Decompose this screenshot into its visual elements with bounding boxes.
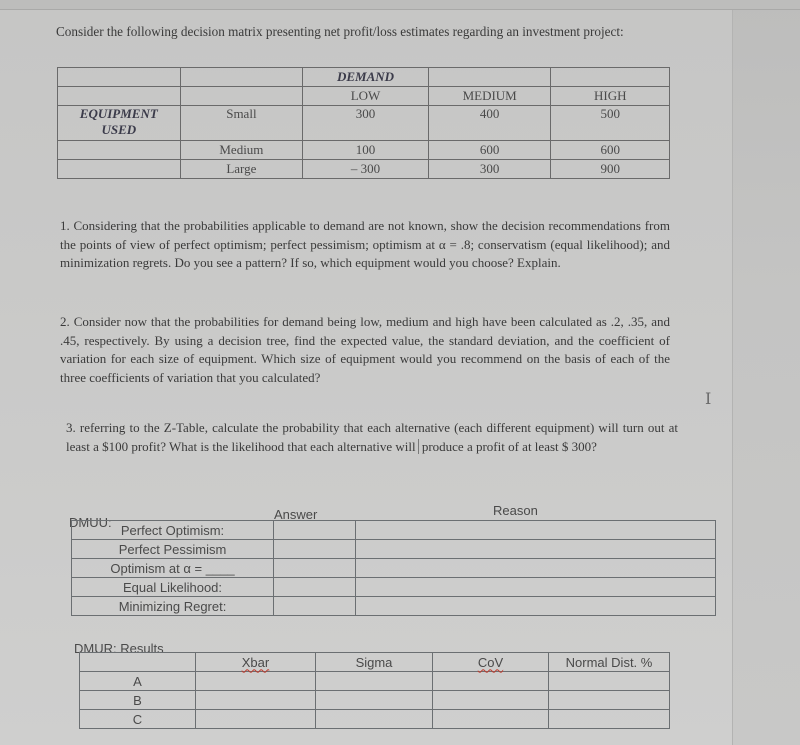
cell-medium-low: 100 [303, 141, 429, 160]
row-label-large: Large [180, 160, 303, 179]
dmuu-answer-cell[interactable] [274, 597, 356, 616]
cell-small-medium: 400 [428, 106, 551, 141]
dmur-header-row: Xbar Sigma CoV Normal Dist. % [80, 653, 670, 672]
cell-large-high: 900 [551, 160, 670, 179]
cell-large-medium: 300 [428, 160, 551, 179]
dmuu-row: Perfect Pessimism [72, 540, 716, 559]
dmuu-row: Equal Likelihood: [72, 578, 716, 597]
col-low: LOW [303, 87, 429, 106]
equipment-used-header: EQUIPMENT USED [58, 106, 181, 141]
dmuu-label-perfect-pessimism: Perfect Pessimism [72, 540, 274, 559]
dmuu-reason-cell[interactable] [356, 559, 716, 578]
row-label-small: Small [180, 106, 303, 141]
question-3-text: 3. referring to the Z-Table, calculate t… [66, 420, 678, 454]
dmuu-label-optimism-alpha: Optimism at α = ____ [72, 559, 274, 578]
dmuu-row: Minimizing Regret: [72, 597, 716, 616]
dmur-normal-cell[interactable] [549, 710, 670, 729]
dmur-xbar-cell[interactable] [196, 672, 316, 691]
dmur-row: B [80, 691, 670, 710]
text-cursor-ibeam-icon: I [705, 389, 711, 408]
dmuu-answer-cell[interactable] [274, 521, 356, 540]
dmuu-reason-cell[interactable] [356, 578, 716, 597]
cell-large-low: – 300 [303, 160, 429, 179]
question-3: 3. referring to the Z-Table, calculate t… [66, 419, 678, 456]
dmur-label-a: A [80, 672, 196, 691]
dmur-cov-cell[interactable] [433, 691, 549, 710]
dmur-header-cov: CoV [433, 653, 549, 672]
dmur-normal-cell[interactable] [549, 691, 670, 710]
dmur-row: C [80, 710, 670, 729]
dmur-cov-cell[interactable] [433, 672, 549, 691]
dmur-header-xbar: Xbar [196, 653, 316, 672]
equipment-header-line1: EQUIPMENT [80, 106, 158, 121]
reason-header: Reason [493, 503, 538, 518]
equipment-header-line2: USED [101, 122, 136, 137]
col-high: HIGH [551, 87, 670, 106]
dmur-header-sigma: Sigma [316, 653, 433, 672]
document-page[interactable]: Consider the following decision matrix p… [0, 10, 733, 745]
question-1: 1. Considering that the probabilities ap… [60, 217, 670, 273]
dmur-sigma-cell[interactable] [316, 691, 433, 710]
dmur-sigma-cell[interactable] [316, 672, 433, 691]
dmuu-label-equal-likelihood: Equal Likelihood: [72, 578, 274, 597]
xbar-label: Xbar [242, 655, 269, 670]
dmur-results-table: Xbar Sigma CoV Normal Dist. % A B C [79, 652, 670, 729]
decision-matrix: DEMAND LOW MEDIUM HIGH EQUIPMENT USED Sm… [57, 67, 670, 179]
col-medium: MEDIUM [428, 87, 551, 106]
dmuu-answer-cell[interactable] [274, 578, 356, 597]
dmuu-reason-cell[interactable] [356, 540, 716, 559]
dmur-row: A [80, 672, 670, 691]
dmur-xbar-cell[interactable] [196, 710, 316, 729]
dmuu-label-perfect-optimism: Perfect Optimism: [72, 521, 274, 540]
dmuu-label-minimizing-regret: Minimizing Regret: [72, 597, 274, 616]
dmur-sigma-cell[interactable] [316, 710, 433, 729]
dmuu-reason-cell[interactable] [356, 597, 716, 616]
dmur-header-normal-dist: Normal Dist. % [549, 653, 670, 672]
dmuu-row: Perfect Optimism: [72, 521, 716, 540]
dmuu-table: Perfect Optimism: Perfect Pessimism Opti… [71, 520, 716, 616]
dmur-normal-cell[interactable] [549, 672, 670, 691]
dmuu-answer-cell[interactable] [274, 540, 356, 559]
question-2: 2. Consider now that the probabilities f… [60, 313, 670, 387]
dmur-label-b: B [80, 691, 196, 710]
dmuu-answer-cell[interactable] [274, 559, 356, 578]
dmur-cov-cell[interactable] [433, 710, 549, 729]
cov-label: CoV [478, 655, 503, 670]
dmur-label-c: C [80, 710, 196, 729]
intro-paragraph: Consider the following decision matrix p… [56, 23, 672, 41]
dmur-xbar-cell[interactable] [196, 691, 316, 710]
cell-medium-medium: 600 [428, 141, 551, 160]
cell-medium-high: 600 [551, 141, 670, 160]
dmuu-row: Optimism at α = ____ [72, 559, 716, 578]
cell-small-low: 300 [303, 106, 429, 141]
dmur-header-blank [80, 653, 196, 672]
dmuu-reason-cell[interactable] [356, 521, 716, 540]
text-caret [418, 439, 419, 454]
demand-header: DEMAND [303, 68, 429, 87]
row-label-medium: Medium [180, 141, 303, 160]
cell-small-high: 500 [551, 106, 670, 141]
